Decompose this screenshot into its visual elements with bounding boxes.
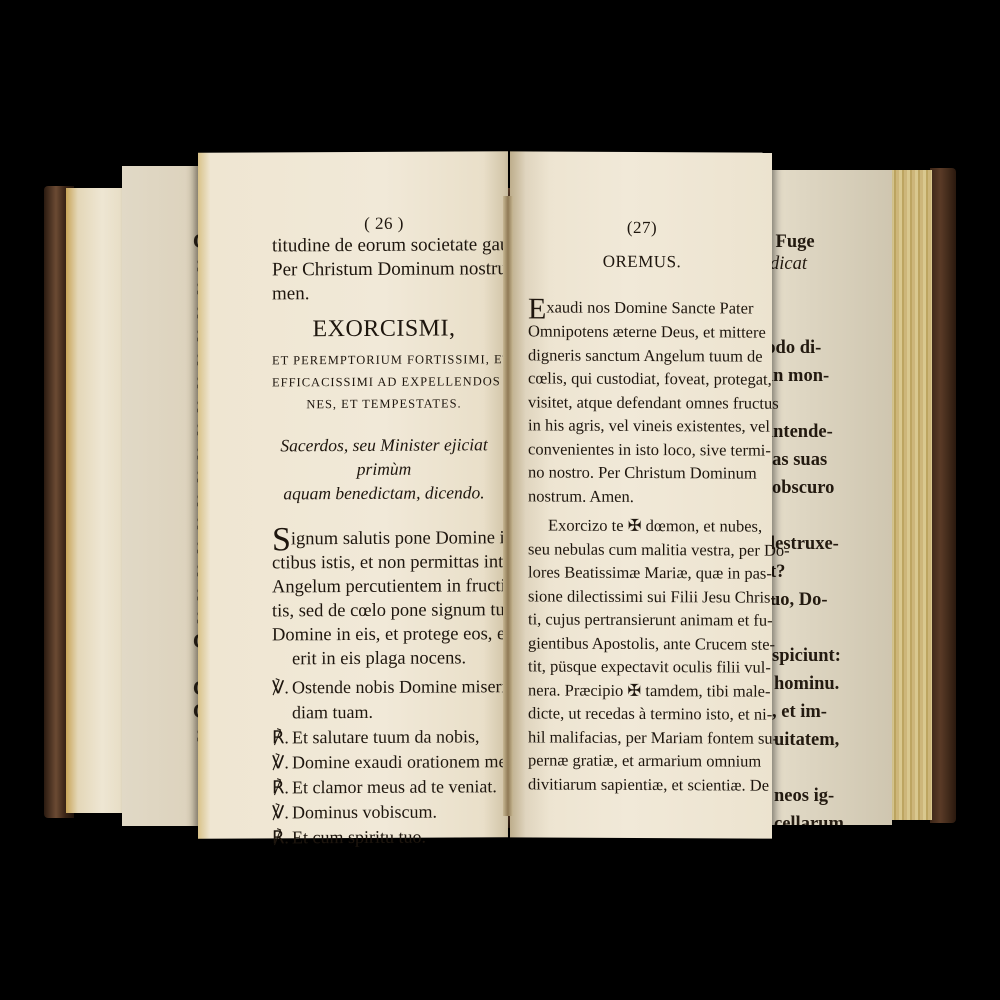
leather-binding-right xyxy=(930,168,956,823)
page-26: ( 26 ) titudine de eorum societate gaude… xyxy=(198,151,508,839)
page-26-text: ( 26 ) titudine de eorum societate gaude… xyxy=(272,213,496,850)
page-27: (27) OREMUS. Exaudi nos Domine Sancte Pa… xyxy=(510,151,772,838)
versicle: ℣.Domine exaudi orationem meam. xyxy=(272,749,496,775)
page-number: (27) xyxy=(528,217,756,238)
page-stack-left xyxy=(66,188,126,813)
response: ℟.Et cum spiritu tuo. xyxy=(272,824,496,850)
prayer-paragraph: Exaudi nos Domine Sancte Pater Omnipoten… xyxy=(528,295,756,508)
rubric-line: aquam benedictam, dicendo. xyxy=(272,480,496,505)
gilt-page-edges-right xyxy=(888,170,932,820)
text-line: men. xyxy=(272,281,496,306)
subheading-line: ET PEREMPTORIUM FORTISSIMI, ET xyxy=(272,348,496,371)
versicles: ℣.Ostende nobis Domine misericor- diam t… xyxy=(272,674,496,850)
book-photo: C S S S S S S S S S S S S S S S S C C C … xyxy=(0,0,1000,1000)
text-line: Per Christum Dominum nostrum. A- xyxy=(272,257,496,282)
text-line: titudine de eorum societate gaudere. xyxy=(272,233,496,258)
exorcism-paragraph: Exorcizo te ✠ dœmon, et nubes, seu nebul… xyxy=(528,513,756,796)
response: ℟.Et salutare tuum da nobis, xyxy=(272,724,496,750)
prayer-paragraph: Signum salutis pone Domine in fru- ctibu… xyxy=(272,526,496,671)
rubric-line: Sacerdos, seu Minister ejiciat primùm xyxy=(272,432,496,481)
subheading-line: NES, ET TEMPESTATES. xyxy=(272,392,496,415)
versicle: ℣.Ostende nobis Domine misericor- xyxy=(272,674,496,700)
turned-page-right: n, Fuge dicat nodo di- in mon- intende- … xyxy=(752,170,892,825)
section-heading: OREMUS. xyxy=(528,251,756,272)
book-gutter xyxy=(503,196,513,816)
page-number: ( 26 ) xyxy=(272,213,496,234)
section-heading: EXORCISMI, xyxy=(272,315,496,343)
page-27-text: (27) OREMUS. Exaudi nos Domine Sancte Pa… xyxy=(528,217,756,796)
subheading-line: EFFICACISSIMI AD EXPELLENDOS DŒMO- xyxy=(272,370,496,393)
versicle: ℣.Dominus vobiscum. xyxy=(272,799,496,825)
versicle: diam tuam. xyxy=(272,699,496,725)
response: ℟.Et clamor meus ad te veniat. xyxy=(272,774,496,800)
